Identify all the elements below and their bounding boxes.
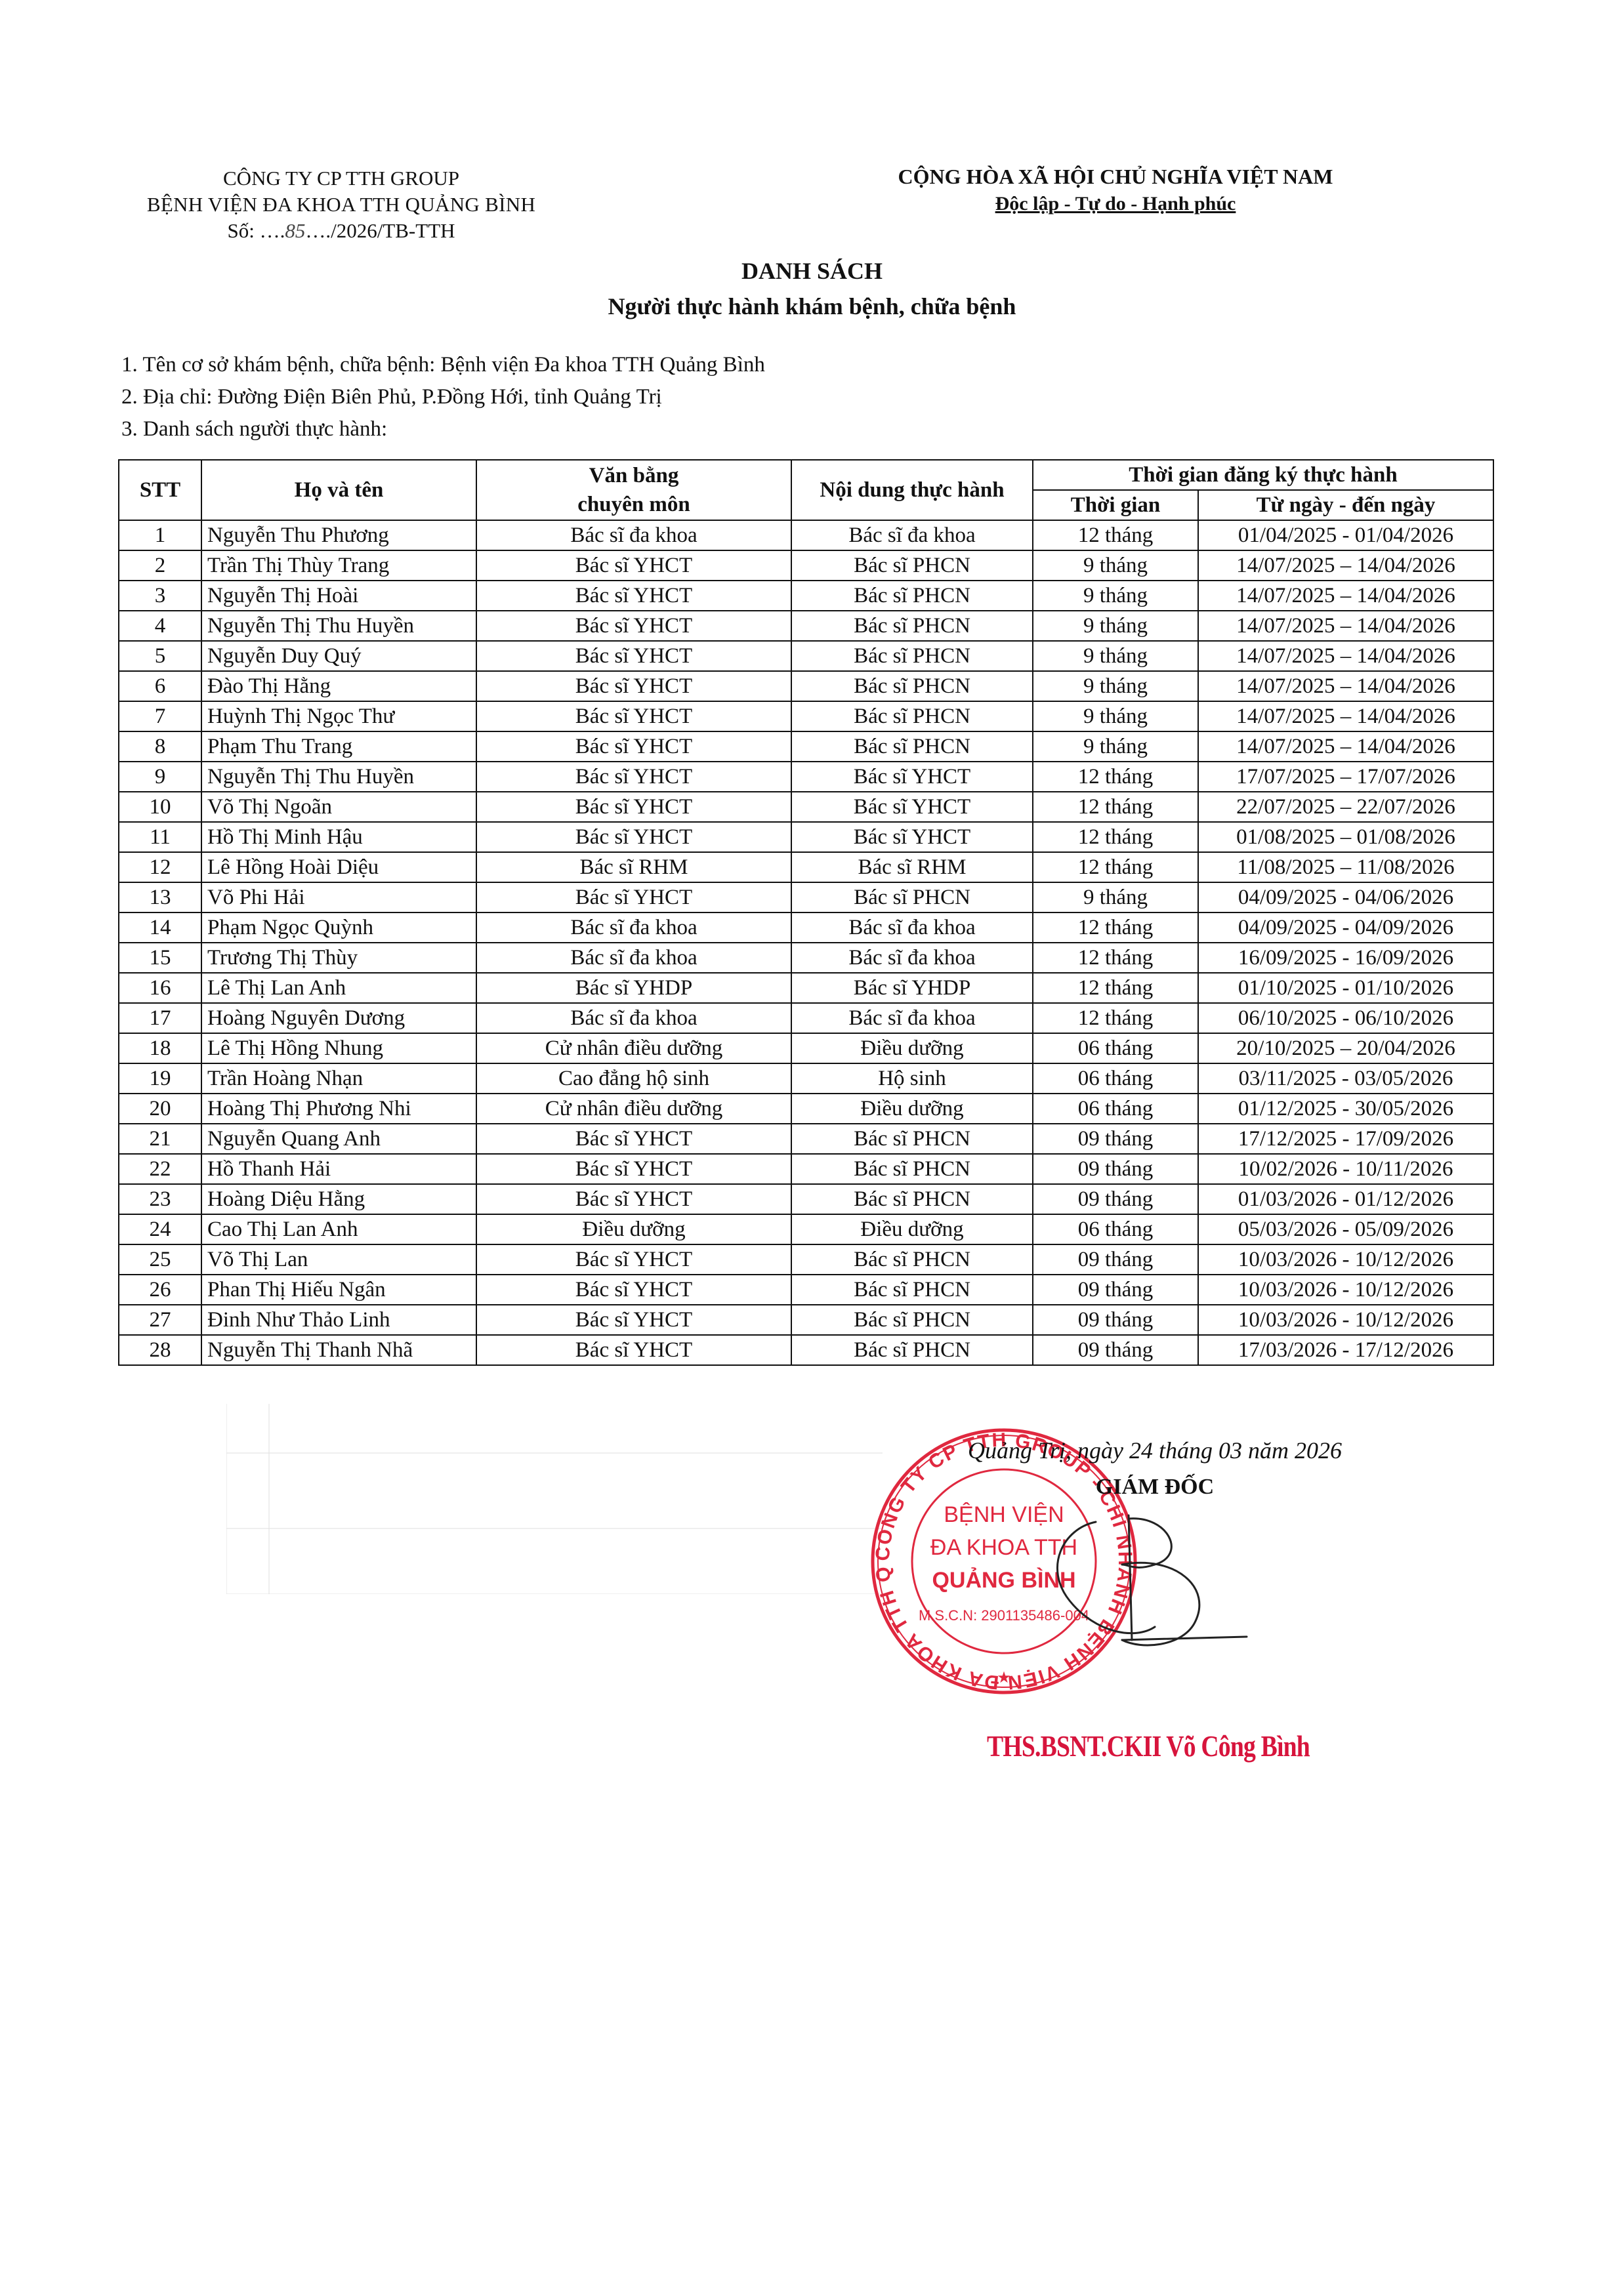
header-degree: Văn bằng chuyên môn [476, 460, 791, 520]
cell-dates: 14/07/2025 – 14/04/2026 [1198, 701, 1493, 731]
cell-name: Nguyễn Thị Thu Huyền [201, 611, 476, 641]
cell-name: Võ Thị Lan [201, 1244, 476, 1275]
cell-dates: 10/03/2026 - 10/12/2026 [1198, 1275, 1493, 1305]
cell-duration: 9 tháng [1033, 701, 1198, 731]
cell-name: Lê Thị Lan Anh [201, 973, 476, 1003]
cell-duration: 9 tháng [1033, 641, 1198, 671]
cell-degree: Bác sĩ YHCT [476, 792, 791, 822]
cell-duration: 12 tháng [1033, 762, 1198, 792]
cell-stt: 1 [119, 520, 201, 550]
cell-degree: Bác sĩ YHCT [476, 762, 791, 792]
cell-degree: Cao đẳng hộ sinh [476, 1063, 791, 1094]
table-row: 4Nguyễn Thị Thu HuyềnBác sĩ YHCTBác sĩ P… [119, 611, 1493, 641]
document-subtitle: Người thực hành khám bệnh, chữa bệnh [0, 293, 1624, 320]
cell-stt: 9 [119, 762, 201, 792]
signer-role: GIÁM ĐỐC [906, 1475, 1404, 1500]
cell-name: Hồ Thị Minh Hậu [201, 822, 476, 852]
table-row: 5Nguyễn Duy QuýBác sĩ YHCTBác sĩ PHCN9 t… [119, 641, 1493, 671]
cell-stt: 25 [119, 1244, 201, 1275]
cell-dates: 14/07/2025 – 14/04/2026 [1198, 641, 1493, 671]
cell-content: Bác sĩ PHCN [791, 581, 1033, 611]
cell-duration: 12 tháng [1033, 822, 1198, 852]
cell-duration: 9 tháng [1033, 731, 1198, 762]
cell-content: Hộ sinh [791, 1063, 1033, 1094]
cell-name: Hoàng Diệu Hằng [201, 1184, 476, 1214]
header-duration: Thời gian [1033, 490, 1198, 520]
table-row: 13Võ Phi HảiBác sĩ YHCTBác sĩ PHCN9 thán… [119, 882, 1493, 912]
cell-degree: Điều dưỡng [476, 1214, 791, 1244]
cell-dates: 17/03/2026 - 17/12/2026 [1198, 1335, 1493, 1365]
header-period-group: Thời gian đăng ký thực hành [1033, 460, 1493, 490]
table-row: 27Đinh Như Thảo LinhBác sĩ YHCTBác sĩ PH… [119, 1305, 1493, 1335]
cell-name: Phạm Thu Trang [201, 731, 476, 762]
cell-name: Trần Thị Thùy Trang [201, 550, 476, 581]
cell-stt: 3 [119, 581, 201, 611]
header-content: Nội dung thực hành [791, 460, 1033, 520]
cell-stt: 5 [119, 641, 201, 671]
cell-duration: 06 tháng [1033, 1063, 1198, 1094]
cell-stt: 23 [119, 1184, 201, 1214]
cell-dates: 17/07/2025 – 17/07/2026 [1198, 762, 1493, 792]
cell-name: Nguyễn Thu Phương [201, 520, 476, 550]
cell-dates: 14/07/2025 – 14/04/2026 [1198, 550, 1493, 581]
stamp-star-icon: ★ [997, 1670, 1011, 1687]
cell-stt: 8 [119, 731, 201, 762]
cell-stt: 13 [119, 882, 201, 912]
cell-duration: 12 tháng [1033, 973, 1198, 1003]
cell-duration: 06 tháng [1033, 1094, 1198, 1124]
table-row: 7Huỳnh Thị Ngọc ThưBác sĩ YHCTBác sĩ PHC… [119, 701, 1493, 731]
table-row: 26Phan Thị Hiếu NgânBác sĩ YHCTBác sĩ PH… [119, 1275, 1493, 1305]
cell-degree: Bác sĩ YHCT [476, 1275, 791, 1305]
cell-name: Hoàng Thị Phương Nhi [201, 1094, 476, 1124]
cell-degree: Bác sĩ RHM [476, 852, 791, 882]
cell-dates: 22/07/2025 – 22/07/2026 [1198, 792, 1493, 822]
table-row: 28Nguyễn Thị Thanh NhãBác sĩ YHCTBác sĩ … [119, 1335, 1493, 1365]
cell-name: Lê Thị Hồng Nhung [201, 1033, 476, 1063]
cell-stt: 22 [119, 1154, 201, 1184]
table-row: 2Trần Thị Thùy TrangBác sĩ YHCTBác sĩ PH… [119, 550, 1493, 581]
table-row: 12Lê Hồng Hoài DiệuBác sĩ RHMBác sĩ RHM1… [119, 852, 1493, 882]
table-row: 21Nguyễn Quang AnhBác sĩ YHCTBác sĩ PHCN… [119, 1124, 1493, 1154]
cell-stt: 16 [119, 973, 201, 1003]
table-row: 16Lê Thị Lan AnhBác sĩ YHDPBác sĩ YHDP12… [119, 973, 1493, 1003]
table-row: 6Đào Thị HằngBác sĩ YHCTBác sĩ PHCN9 thá… [119, 671, 1493, 701]
facility-name-line: 1. Tên cơ sở khám bệnh, chữa bệnh: Bệnh … [121, 349, 765, 380]
cell-degree: Bác sĩ đa khoa [476, 912, 791, 943]
cell-stt: 18 [119, 1033, 201, 1063]
table-row: 14Phạm Ngọc QuỳnhBác sĩ đa khoaBác sĩ đa… [119, 912, 1493, 943]
cell-dates: 01/10/2025 - 01/10/2026 [1198, 973, 1493, 1003]
table-row: 1Nguyễn Thu PhươngBác sĩ đa khoaBác sĩ đ… [119, 520, 1493, 550]
cell-duration: 09 tháng [1033, 1154, 1198, 1184]
cell-content: Bác sĩ PHCN [791, 1154, 1033, 1184]
signer-name: THS.BSNT.CKII Võ Công Bình [960, 1729, 1337, 1763]
cell-stt: 20 [119, 1094, 201, 1124]
address-line: 2. Địa chỉ: Đường Điện Biên Phủ, P.Đồng … [121, 381, 662, 413]
cell-degree: Bác sĩ YHCT [476, 550, 791, 581]
cell-name: Huỳnh Thị Ngọc Thư [201, 701, 476, 731]
header-date-range: Từ ngày - đến ngày [1198, 490, 1493, 520]
cell-degree: Bác sĩ YHCT [476, 1305, 791, 1335]
cell-dates: 01/04/2025 - 01/04/2026 [1198, 520, 1493, 550]
cell-dates: 16/09/2025 - 16/09/2026 [1198, 943, 1493, 973]
cell-stt: 10 [119, 792, 201, 822]
cell-degree: Bác sĩ đa khoa [476, 1003, 791, 1033]
cell-duration: 09 tháng [1033, 1184, 1198, 1214]
cell-content: Bác sĩ YHCT [791, 822, 1033, 852]
cell-duration: 12 tháng [1033, 520, 1198, 550]
cell-dates: 14/07/2025 – 14/04/2026 [1198, 671, 1493, 701]
cell-content: Bác sĩ PHCN [791, 1124, 1033, 1154]
cell-stt: 6 [119, 671, 201, 701]
cell-degree: Bác sĩ YHCT [476, 581, 791, 611]
cell-degree: Bác sĩ YHCT [476, 1184, 791, 1214]
cell-degree: Bác sĩ đa khoa [476, 943, 791, 973]
cell-degree: Cử nhân điều dưỡng [476, 1094, 791, 1124]
cell-stt: 2 [119, 550, 201, 581]
cell-dates: 11/08/2025 – 11/08/2026 [1198, 852, 1493, 882]
cell-dates: 20/10/2025 – 20/04/2026 [1198, 1033, 1493, 1063]
document-number: Số: ….85…./2026/TB-TTH [105, 218, 577, 244]
cell-content: Bác sĩ PHCN [791, 641, 1033, 671]
cell-duration: 12 tháng [1033, 792, 1198, 822]
cell-stt: 7 [119, 701, 201, 731]
cell-content: Bác sĩ YHCT [791, 792, 1033, 822]
cell-duration: 06 tháng [1033, 1033, 1198, 1063]
cell-dates: 10/02/2026 - 10/11/2026 [1198, 1154, 1493, 1184]
cell-dates: 14/07/2025 – 14/04/2026 [1198, 611, 1493, 641]
table-row: 25Võ Thị LanBác sĩ YHCTBác sĩ PHCN09 thá… [119, 1244, 1493, 1275]
cell-degree: Bác sĩ YHCT [476, 701, 791, 731]
cell-dates: 17/12/2025 - 17/09/2026 [1198, 1124, 1493, 1154]
cell-dates: 06/10/2025 - 06/10/2026 [1198, 1003, 1493, 1033]
cell-dates: 14/07/2025 – 14/04/2026 [1198, 581, 1493, 611]
table-row: 3Nguyễn Thị HoàiBác sĩ YHCTBác sĩ PHCN9 … [119, 581, 1493, 611]
cell-degree: Bác sĩ YHCT [476, 822, 791, 852]
cell-content: Bác sĩ PHCN [791, 1184, 1033, 1214]
table-row: 15Trương Thị ThùyBác sĩ đa khoaBác sĩ đa… [119, 943, 1493, 973]
cell-stt: 4 [119, 611, 201, 641]
cell-duration: 9 tháng [1033, 611, 1198, 641]
header-stt: STT [119, 460, 201, 520]
cell-dates: 04/09/2025 - 04/09/2026 [1198, 912, 1493, 943]
cell-name: Phan Thị Hiếu Ngân [201, 1275, 476, 1305]
table-row: 19Trần Hoàng NhạnCao đẳng hộ sinhHộ sinh… [119, 1063, 1493, 1094]
cell-degree: Bác sĩ YHCT [476, 671, 791, 701]
cell-content: Bác sĩ RHM [791, 852, 1033, 882]
cell-stt: 27 [119, 1305, 201, 1335]
cell-content: Điều dưỡng [791, 1094, 1033, 1124]
cell-degree: Bác sĩ YHCT [476, 1244, 791, 1275]
cell-stt: 28 [119, 1335, 201, 1365]
issuer-block: CÔNG TY CP TTH GROUP BỆNH VIỆN ĐA KHOA T… [105, 165, 577, 244]
cell-dates: 10/03/2026 - 10/12/2026 [1198, 1244, 1493, 1275]
cell-content: Bác sĩ PHCN [791, 611, 1033, 641]
cell-degree: Bác sĩ YHCT [476, 1124, 791, 1154]
cell-duration: 09 tháng [1033, 1305, 1198, 1335]
cell-dates: 05/03/2026 - 05/09/2026 [1198, 1214, 1493, 1244]
hospital-name: BỆNH VIỆN ĐA KHOA TTH QUẢNG BÌNH [105, 192, 577, 218]
cell-content: Bác sĩ đa khoa [791, 520, 1033, 550]
cell-degree: Bác sĩ đa khoa [476, 520, 791, 550]
cell-dates: 10/03/2026 - 10/12/2026 [1198, 1305, 1493, 1335]
cell-degree: Bác sĩ YHCT [476, 1335, 791, 1365]
cell-duration: 12 tháng [1033, 943, 1198, 973]
table-row: 10Võ Thị NgoãnBác sĩ YHCTBác sĩ YHCT12 t… [119, 792, 1493, 822]
cell-content: Bác sĩ PHCN [791, 1305, 1033, 1335]
cell-duration: 12 tháng [1033, 852, 1198, 882]
table-row: 17Hoàng Nguyên DươngBác sĩ đa khoaBác sĩ… [119, 1003, 1493, 1033]
cell-content: Điều dưỡng [791, 1033, 1033, 1063]
cell-dates: 01/12/2025 - 30/05/2026 [1198, 1094, 1493, 1124]
cell-stt: 19 [119, 1063, 201, 1094]
cell-stt: 15 [119, 943, 201, 973]
table-row: 8Phạm Thu TrangBác sĩ YHCTBác sĩ PHCN9 t… [119, 731, 1493, 762]
cell-duration: 09 tháng [1033, 1275, 1198, 1305]
cell-content: Bác sĩ PHCN [791, 1275, 1033, 1305]
header-name: Họ và tên [201, 460, 476, 520]
cell-duration: 09 tháng [1033, 1244, 1198, 1275]
cell-content: Bác sĩ PHCN [791, 731, 1033, 762]
cell-degree: Bác sĩ YHCT [476, 641, 791, 671]
handwritten-signature-icon [1024, 1509, 1273, 1666]
cell-name: Võ Phi Hải [201, 882, 476, 912]
company-name: CÔNG TY CP TTH GROUP [105, 165, 577, 192]
cell-content: Bác sĩ PHCN [791, 1335, 1033, 1365]
cell-stt: 17 [119, 1003, 201, 1033]
table-body: 1Nguyễn Thu PhươngBác sĩ đa khoaBác sĩ đ… [119, 520, 1493, 1365]
cell-name: Nguyễn Thị Thanh Nhã [201, 1335, 476, 1365]
national-header: CỘNG HÒA XÃ HỘI CHỦ NGHĨA VIỆT NAM Độc l… [853, 163, 1378, 218]
cell-name: Lê Hồng Hoài Diệu [201, 852, 476, 882]
cell-content: Bác sĩ đa khoa [791, 1003, 1033, 1033]
cell-duration: 9 tháng [1033, 671, 1198, 701]
table-row: 18Lê Thị Hồng NhungCử nhân điều dưỡngĐiề… [119, 1033, 1493, 1063]
table-row: 24Cao Thị Lan AnhĐiều dưỡngĐiều dưỡng06 … [119, 1214, 1493, 1244]
cell-content: Bác sĩ đa khoa [791, 912, 1033, 943]
cell-content: Bác sĩ đa khoa [791, 943, 1033, 973]
cell-duration: 09 tháng [1033, 1335, 1198, 1365]
cell-name: Hoàng Nguyên Dương [201, 1003, 476, 1033]
cell-stt: 21 [119, 1124, 201, 1154]
cell-dates: 01/08/2025 – 01/08/2026 [1198, 822, 1493, 852]
cell-duration: 12 tháng [1033, 912, 1198, 943]
nation-name: CỘNG HÒA XÃ HỘI CHỦ NGHĨA VIỆT NAM [853, 163, 1378, 190]
cell-degree: Bác sĩ YHCT [476, 611, 791, 641]
cell-degree: Bác sĩ YHCT [476, 731, 791, 762]
cell-stt: 26 [119, 1275, 201, 1305]
cell-name: Đinh Như Thảo Linh [201, 1305, 476, 1335]
cell-stt: 12 [119, 852, 201, 882]
bleed-through-lines [226, 1404, 883, 1594]
cell-degree: Bác sĩ YHDP [476, 973, 791, 1003]
cell-duration: 09 tháng [1033, 1124, 1198, 1154]
cell-dates: 03/11/2025 - 03/05/2026 [1198, 1063, 1493, 1094]
list-intro-line: 3. Danh sách người thực hành: [121, 413, 387, 445]
table-row: 22Hồ Thanh HảiBác sĩ YHCTBác sĩ PHCN09 t… [119, 1154, 1493, 1184]
cell-content: Bác sĩ PHCN [791, 1244, 1033, 1275]
cell-content: Bác sĩ PHCN [791, 550, 1033, 581]
cell-name: Đào Thị Hằng [201, 671, 476, 701]
cell-dates: 04/09/2025 - 04/06/2026 [1198, 882, 1493, 912]
table-row: 9Nguyễn Thị Thu HuyềnBác sĩ YHCTBác sĩ Y… [119, 762, 1493, 792]
cell-duration: 9 tháng [1033, 550, 1198, 581]
table-row: 11Hồ Thị Minh HậuBác sĩ YHCTBác sĩ YHCT1… [119, 822, 1493, 852]
table-row: 23Hoàng Diệu HằngBác sĩ YHCTBác sĩ PHCN0… [119, 1184, 1493, 1214]
practitioner-table: STT Họ và tên Văn bằng chuyên môn Nội du… [118, 459, 1494, 1366]
cell-stt: 24 [119, 1214, 201, 1244]
cell-name: Trần Hoàng Nhạn [201, 1063, 476, 1094]
cell-degree: Bác sĩ YHCT [476, 882, 791, 912]
cell-duration: 12 tháng [1033, 1003, 1198, 1033]
cell-degree: Cử nhân điều dưỡng [476, 1033, 791, 1063]
cell-degree: Bác sĩ YHCT [476, 1154, 791, 1184]
cell-name: Nguyễn Duy Quý [201, 641, 476, 671]
cell-content: Bác sĩ YHDP [791, 973, 1033, 1003]
cell-name: Trương Thị Thùy [201, 943, 476, 973]
cell-name: Hồ Thanh Hải [201, 1154, 476, 1184]
cell-content: Bác sĩ YHCT [791, 762, 1033, 792]
document-number-value: 85 [285, 219, 305, 242]
cell-name: Phạm Ngọc Quỳnh [201, 912, 476, 943]
cell-name: Nguyễn Thị Thu Huyền [201, 762, 476, 792]
cell-content: Bác sĩ PHCN [791, 701, 1033, 731]
cell-stt: 11 [119, 822, 201, 852]
cell-name: Võ Thị Ngoãn [201, 792, 476, 822]
cell-duration: 06 tháng [1033, 1214, 1198, 1244]
document-title: DANH SÁCH [0, 257, 1624, 285]
cell-name: Cao Thị Lan Anh [201, 1214, 476, 1244]
cell-name: Nguyễn Thị Hoài [201, 581, 476, 611]
cell-duration: 9 tháng [1033, 882, 1198, 912]
cell-name: Nguyễn Quang Anh [201, 1124, 476, 1154]
cell-duration: 9 tháng [1033, 581, 1198, 611]
cell-content: Bác sĩ PHCN [791, 671, 1033, 701]
cell-content: Bác sĩ PHCN [791, 882, 1033, 912]
place-date: Quảng Trị, ngày 24 tháng 03 năm 2026 [906, 1437, 1404, 1464]
cell-dates: 14/07/2025 – 14/04/2026 [1198, 731, 1493, 762]
cell-dates: 01/03/2026 - 01/12/2026 [1198, 1184, 1493, 1214]
table-row: 20Hoàng Thị Phương NhiCử nhân điều dưỡng… [119, 1094, 1493, 1124]
national-motto: Độc lập - Tự do - Hạnh phúc [853, 190, 1378, 218]
cell-content: Điều dưỡng [791, 1214, 1033, 1244]
cell-stt: 14 [119, 912, 201, 943]
